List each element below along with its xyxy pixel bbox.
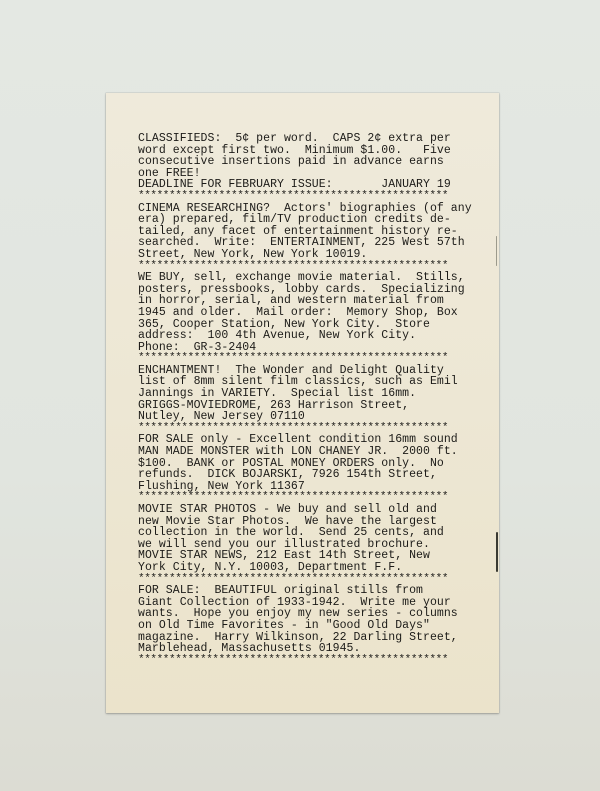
classifieds-column: CLASSIFIEDS: 5¢ per word. CAPS 2¢ extra …: [138, 133, 488, 666]
ad-line: on Old Time Favorites - in "Good Old Day…: [138, 620, 488, 632]
ad-movie-star-photos: MOVIE STAR PHOTOS - We buy and sell old …: [138, 504, 488, 574]
staple: [496, 532, 498, 572]
ad-for-sale-only: FOR SALE only - Excellent condition 16mm…: [138, 434, 488, 492]
ad-line: Marblehead, Massachusetts 01945.: [138, 643, 488, 655]
ad-we-buy: WE BUY, sell, exchange movie material. S…: [138, 272, 488, 353]
ad-line: address: 100 4th Avenue, New York City.: [138, 330, 488, 342]
header-line: CLASSIFIEDS: 5¢ per word. CAPS 2¢ extra …: [138, 133, 488, 145]
ad-line: era) prepared, film/TV production credit…: [138, 214, 488, 226]
staple-shadow: [496, 236, 497, 266]
ad-line: York City, N.Y. 10003, Department F.F.: [138, 562, 488, 574]
ad-line: Street, New York, New York 10019.: [138, 249, 488, 261]
ad-line: FOR SALE: BEAUTIFUL original stills from: [138, 585, 488, 597]
ad-line: 1945 and older. Mail order: Memory Shop,…: [138, 307, 488, 319]
classifieds-header: CLASSIFIEDS: 5¢ per word. CAPS 2¢ extra …: [138, 133, 488, 191]
ad-line: Jannings in VARIETY. Special list 16mm.: [138, 388, 488, 400]
ad-line: MAN MADE MONSTER with LON CHANEY JR. 200…: [138, 446, 488, 458]
separator: ****************************************…: [138, 655, 488, 667]
ad-line: MOVIE STAR PHOTOS - We buy and sell old …: [138, 504, 488, 516]
separator: ****************************************…: [138, 191, 488, 203]
ad-cinema-researching: CINEMA RESEARCHING? Actors' biographies …: [138, 203, 488, 261]
ad-for-sale-beautiful: FOR SALE: BEAUTIFUL original stills from…: [138, 585, 488, 655]
ad-enchantment: ENCHANTMENT! The Wonder and Delight Qual…: [138, 365, 488, 423]
ad-line: WE BUY, sell, exchange movie material. S…: [138, 272, 488, 284]
